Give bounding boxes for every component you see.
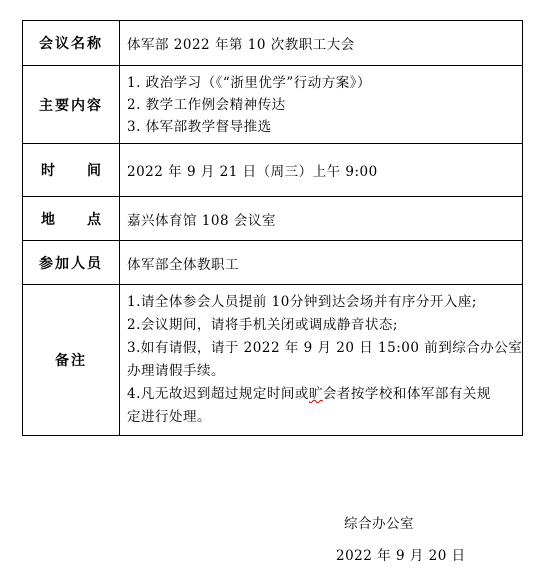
label-meeting-name: 会议名称 <box>23 21 120 66</box>
row-attendees: 参加人员 体军部全体教职工 <box>23 241 523 285</box>
note-line: 2.会议期间，请将手机关闭或调成静音状态; <box>127 314 522 337</box>
content-item: 2. 教学工作例会精神传达 <box>127 94 522 116</box>
label-place-char: 地 <box>41 209 55 229</box>
value-notes: 1.请全体参会人员提前 10分钟到达会场并有序分开入座; 2.会议期间，请将手机… <box>120 285 523 436</box>
row-notes: 备注 1.请全体参会人员提前 10分钟到达会场并有序分开入座; 2.会议期间，请… <box>23 285 523 436</box>
label-place: 地 点 <box>23 197 120 241</box>
note-line: 1.请全体参会人员提前 10分钟到达会场并有序分开入座; <box>127 291 522 314</box>
row-time: 时 间 2022 年 9 月 21 日（周三）上午 9:00 <box>23 144 523 197</box>
note-line-start: 4.凡无故迟到超过规定时间或 <box>127 386 309 402</box>
spellcheck-flagged-word: 旷 <box>309 386 323 402</box>
note-line: 办理请假手续。 <box>127 360 522 383</box>
note-line-end: 会者按学校和体军部有关规 <box>323 386 491 402</box>
row-place: 地 点 嘉兴体育馆 108 会议室 <box>23 197 523 241</box>
value-place: 嘉兴体育馆 108 会议室 <box>120 197 523 241</box>
label-time-char: 时 <box>41 160 55 180</box>
signature-organization: 综合办公室 <box>344 512 414 532</box>
value-time: 2022 年 9 月 21 日（周三）上午 9:00 <box>120 144 523 197</box>
content-item: 1. 政治学习（《“浙里优学”行动方案》） <box>127 72 522 94</box>
label-attendees: 参加人员 <box>23 241 120 285</box>
label-notes: 备注 <box>23 285 120 436</box>
note-line: 定进行处理。 <box>127 406 522 429</box>
row-main-content: 主要内容 1. 政治学习（《“浙里优学”行动方案》） 2. 教学工作例会精神传达… <box>23 66 523 144</box>
value-main-content: 1. 政治学习（《“浙里优学”行动方案》） 2. 教学工作例会精神传达 3. 体… <box>120 66 523 144</box>
value-attendees: 体军部全体教职工 <box>120 241 523 285</box>
signature-date: 2022 年 9 月 20 日 <box>336 544 466 564</box>
label-time: 时 间 <box>23 144 120 197</box>
note-line: 3.如有请假，请于 2022 年 9 月 20 日 15:00 前到综合办公室 <box>127 337 522 360</box>
value-meeting-name: 体军部 2022 年第 10 次教职工大会 <box>120 21 523 66</box>
label-main-content: 主要内容 <box>23 66 120 144</box>
row-meeting-name: 会议名称 体军部 2022 年第 10 次教职工大会 <box>23 21 523 66</box>
content-item: 3. 体军部教学督导推选 <box>127 116 522 138</box>
label-place-char: 点 <box>87 209 101 229</box>
note-line: 4.凡无故迟到超过规定时间或旷会者按学校和体军部有关规 <box>127 383 522 406</box>
label-time-char: 间 <box>87 160 101 180</box>
meeting-notice-table: 会议名称 体军部 2022 年第 10 次教职工大会 主要内容 1. 政治学习（… <box>22 20 523 436</box>
